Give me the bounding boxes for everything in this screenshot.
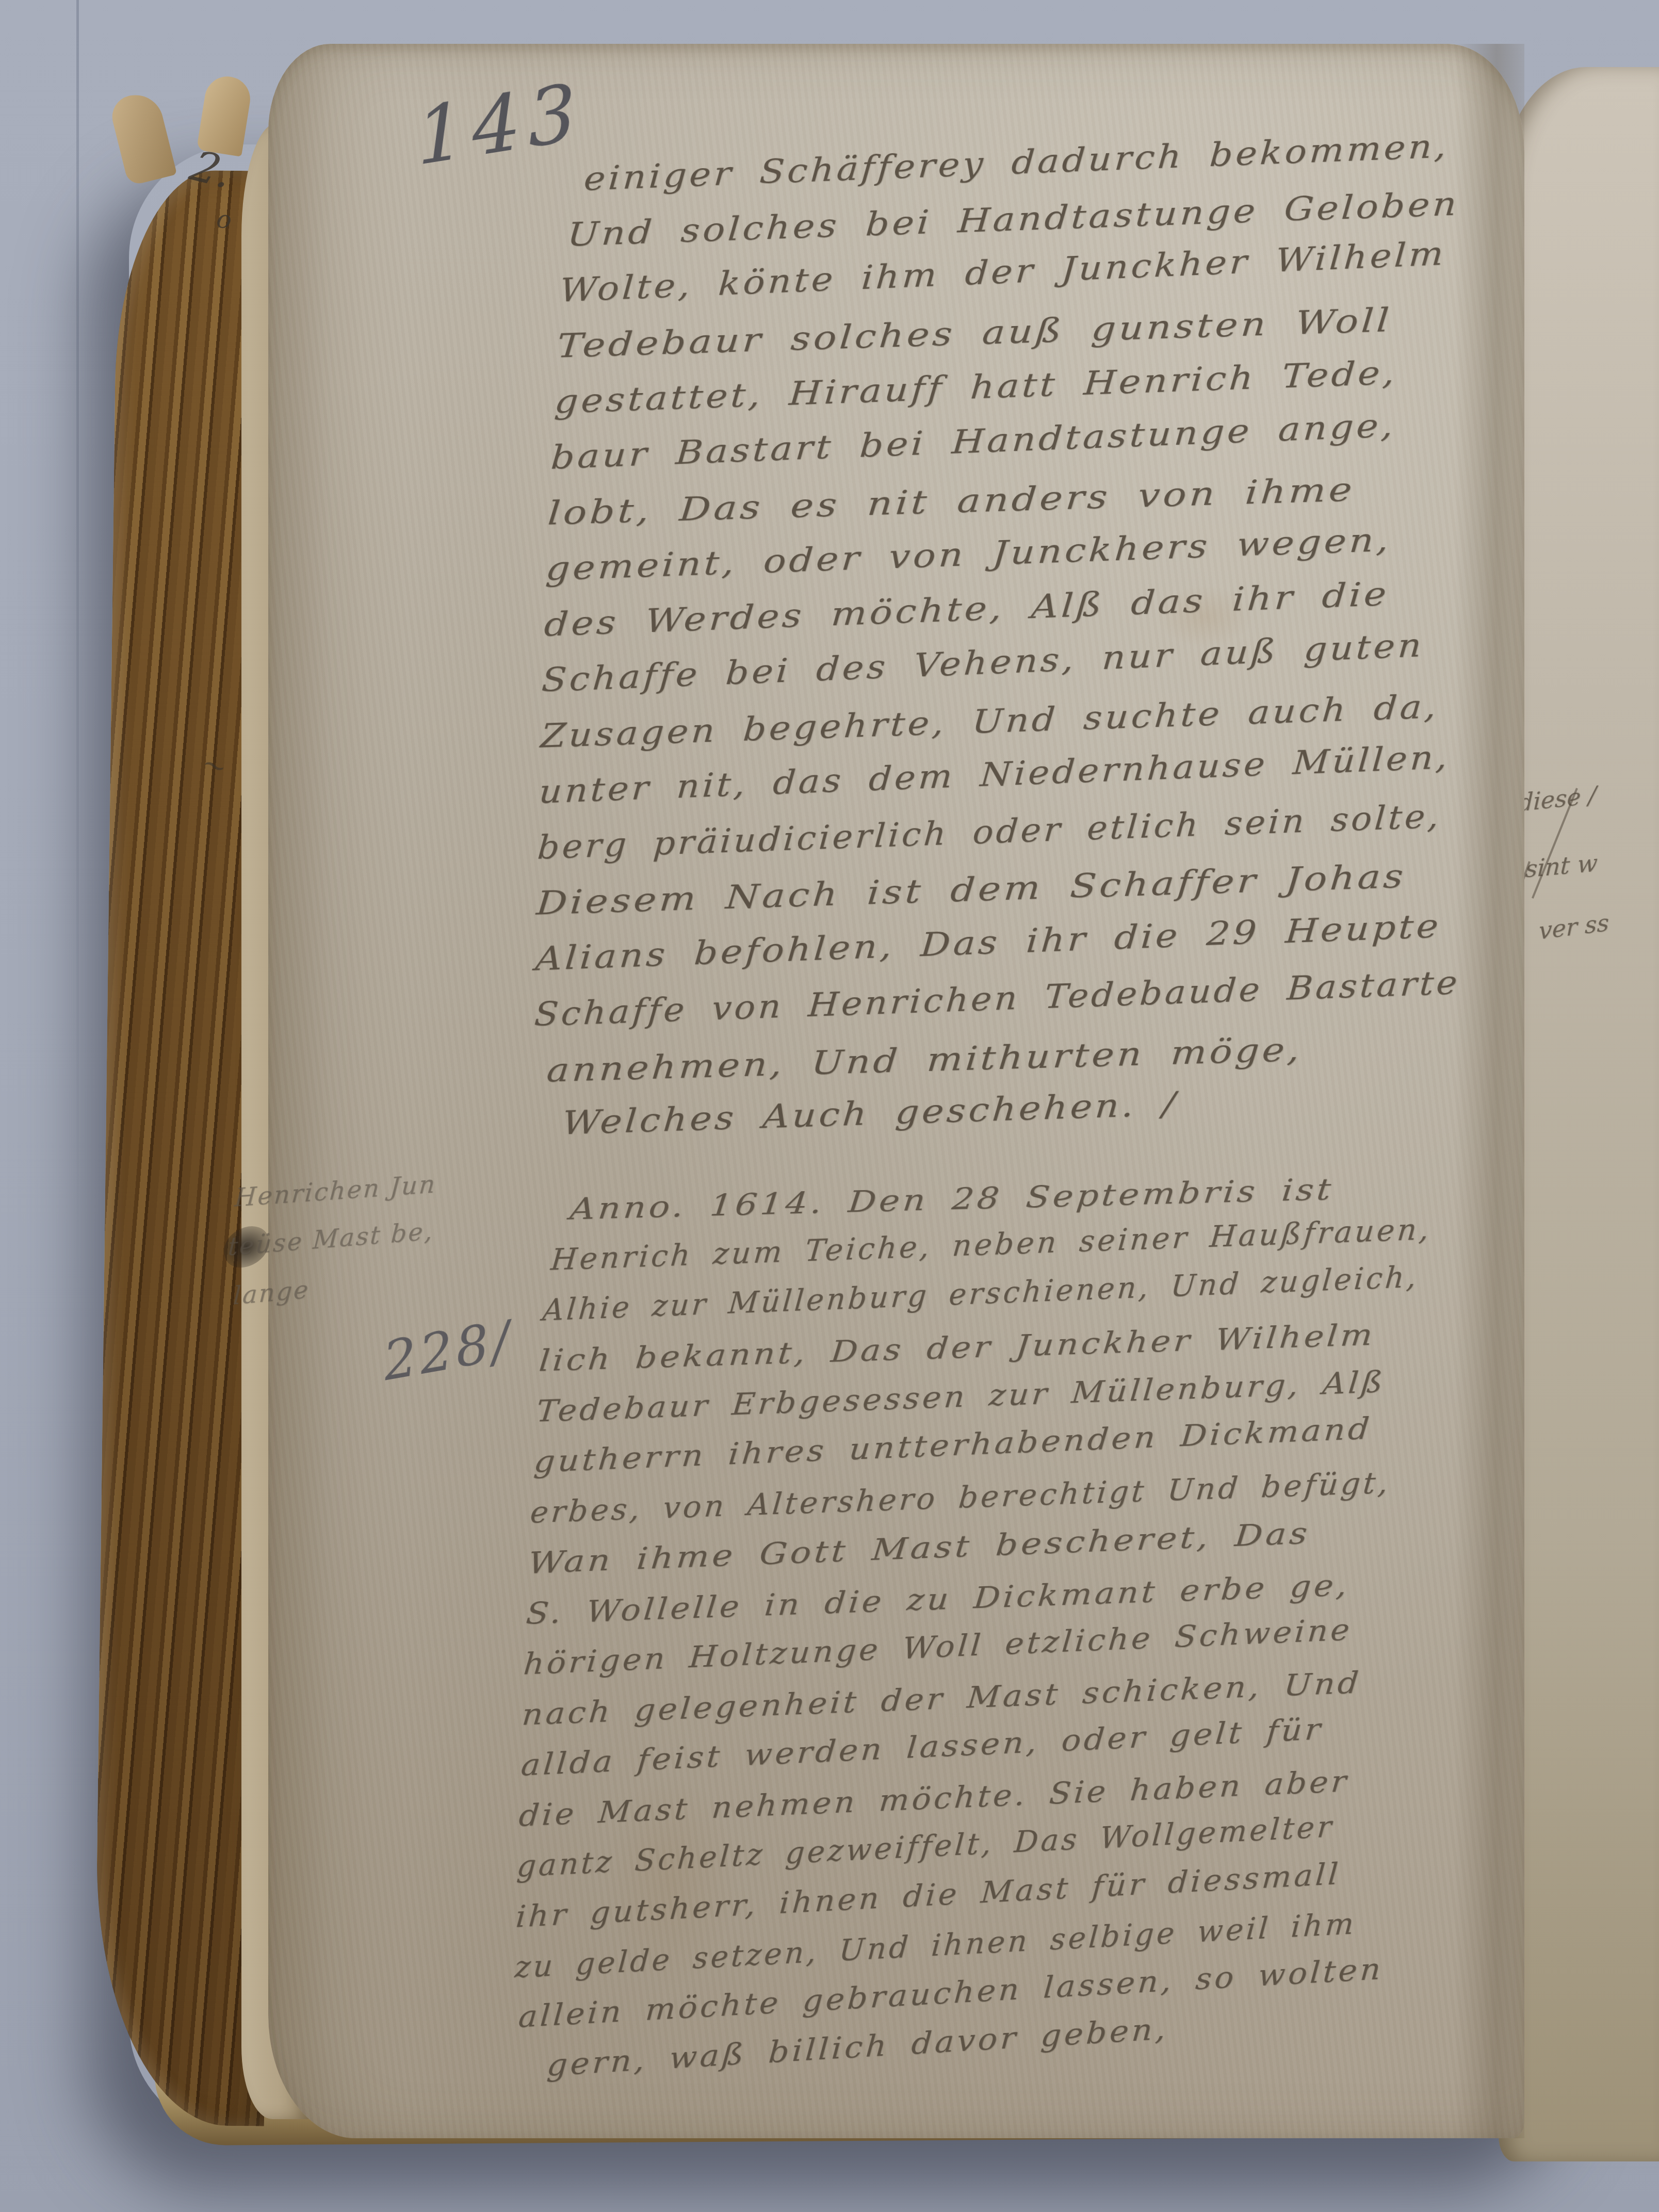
page-number-pencil: 143	[414, 67, 585, 183]
facing-page-text-fragment: ver ss	[1539, 908, 1609, 945]
manuscript-page-143: 143 einiger Schäfferey dadurch bekommen,…	[268, 44, 1524, 2138]
facing-page-text-fragment: sint w	[1525, 849, 1599, 884]
handwritten-line: lobt, Das es nit anders von ihme	[546, 470, 1356, 533]
facing-page-text-fragment: diese /	[1518, 781, 1597, 817]
handwritten-line: annehmen, Und mithurten möge,	[545, 1031, 1304, 1090]
frayed-page-corner	[108, 89, 177, 186]
handwritten-line: Welches Auch geschehen. /	[561, 1085, 1179, 1143]
background-seam-line	[76, 0, 79, 1290]
handwritten-line: gemeint, oder von Junckhers wegen,	[544, 521, 1392, 589]
handwritten-line: einiger Schäfferey dadurch bekommen,	[583, 127, 1451, 199]
handwritten-line: Schaffe von Henrichen Tedebaude Bastarte	[533, 964, 1461, 1034]
handwritten-line: lich bekannt, Das der Junckher Wilhelm	[538, 1318, 1377, 1378]
handwritten-line: Anno. 1614. Den 28 Septembris ist	[568, 1173, 1336, 1227]
handwritten-line: berg präiudicierlich oder etlich sein so…	[536, 798, 1442, 867]
handwritten-line: Tedebaur solches auß gunsten Woll	[556, 301, 1393, 366]
page-right-crease-shadow	[1455, 44, 1524, 2138]
handwritten-line: Wan ihme Gott Mast bescheret, Das	[527, 1517, 1311, 1581]
photo-scene: diese / sint w ver ss 143 einiger Schäff…	[0, 0, 1659, 2212]
